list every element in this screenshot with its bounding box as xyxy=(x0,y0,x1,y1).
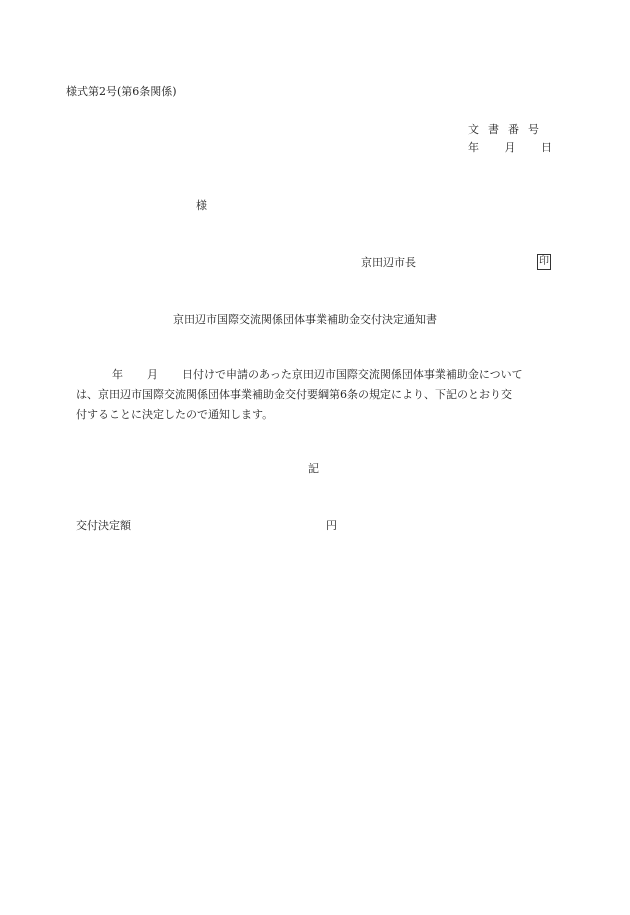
document-title: 京田辺市国際交流関係団体事業補助金交付決定通知書 xyxy=(173,313,437,327)
body-line-1: 年月日付けで申請のあった京田辺市国際交流関係団体事業補助金について xyxy=(76,365,552,385)
document-number-label: 文書番号 xyxy=(468,123,548,137)
amount-unit: 円 xyxy=(326,519,337,533)
body-date-year: 年 xyxy=(112,368,123,381)
form-number: 様式第2号(第6条関係) xyxy=(66,85,177,99)
issuer-name: 京田辺市長 xyxy=(361,256,416,270)
body-paragraph: 年月日付けで申請のあった京田辺市国際交流関係団体事業補助金について は、京田辺市… xyxy=(76,365,552,425)
date-day: 日 xyxy=(541,141,552,155)
issue-date: 年 月 日 xyxy=(468,141,552,155)
body-line-3: 付することに決定したので通知します。 xyxy=(76,405,552,425)
body-line-2: は、京田辺市国際交流関係団体事業補助金交付要綱第6条の規定により、下記のとおり交 xyxy=(76,385,552,405)
date-year: 年 xyxy=(468,141,479,155)
date-month: 月 xyxy=(505,141,516,155)
ki-heading: 記 xyxy=(308,462,319,476)
seal-mark: 印 xyxy=(537,254,551,270)
body-date-month: 月 xyxy=(147,368,158,381)
amount-label: 交付決定額 xyxy=(76,519,131,533)
addressee-suffix: 様 xyxy=(196,199,207,213)
